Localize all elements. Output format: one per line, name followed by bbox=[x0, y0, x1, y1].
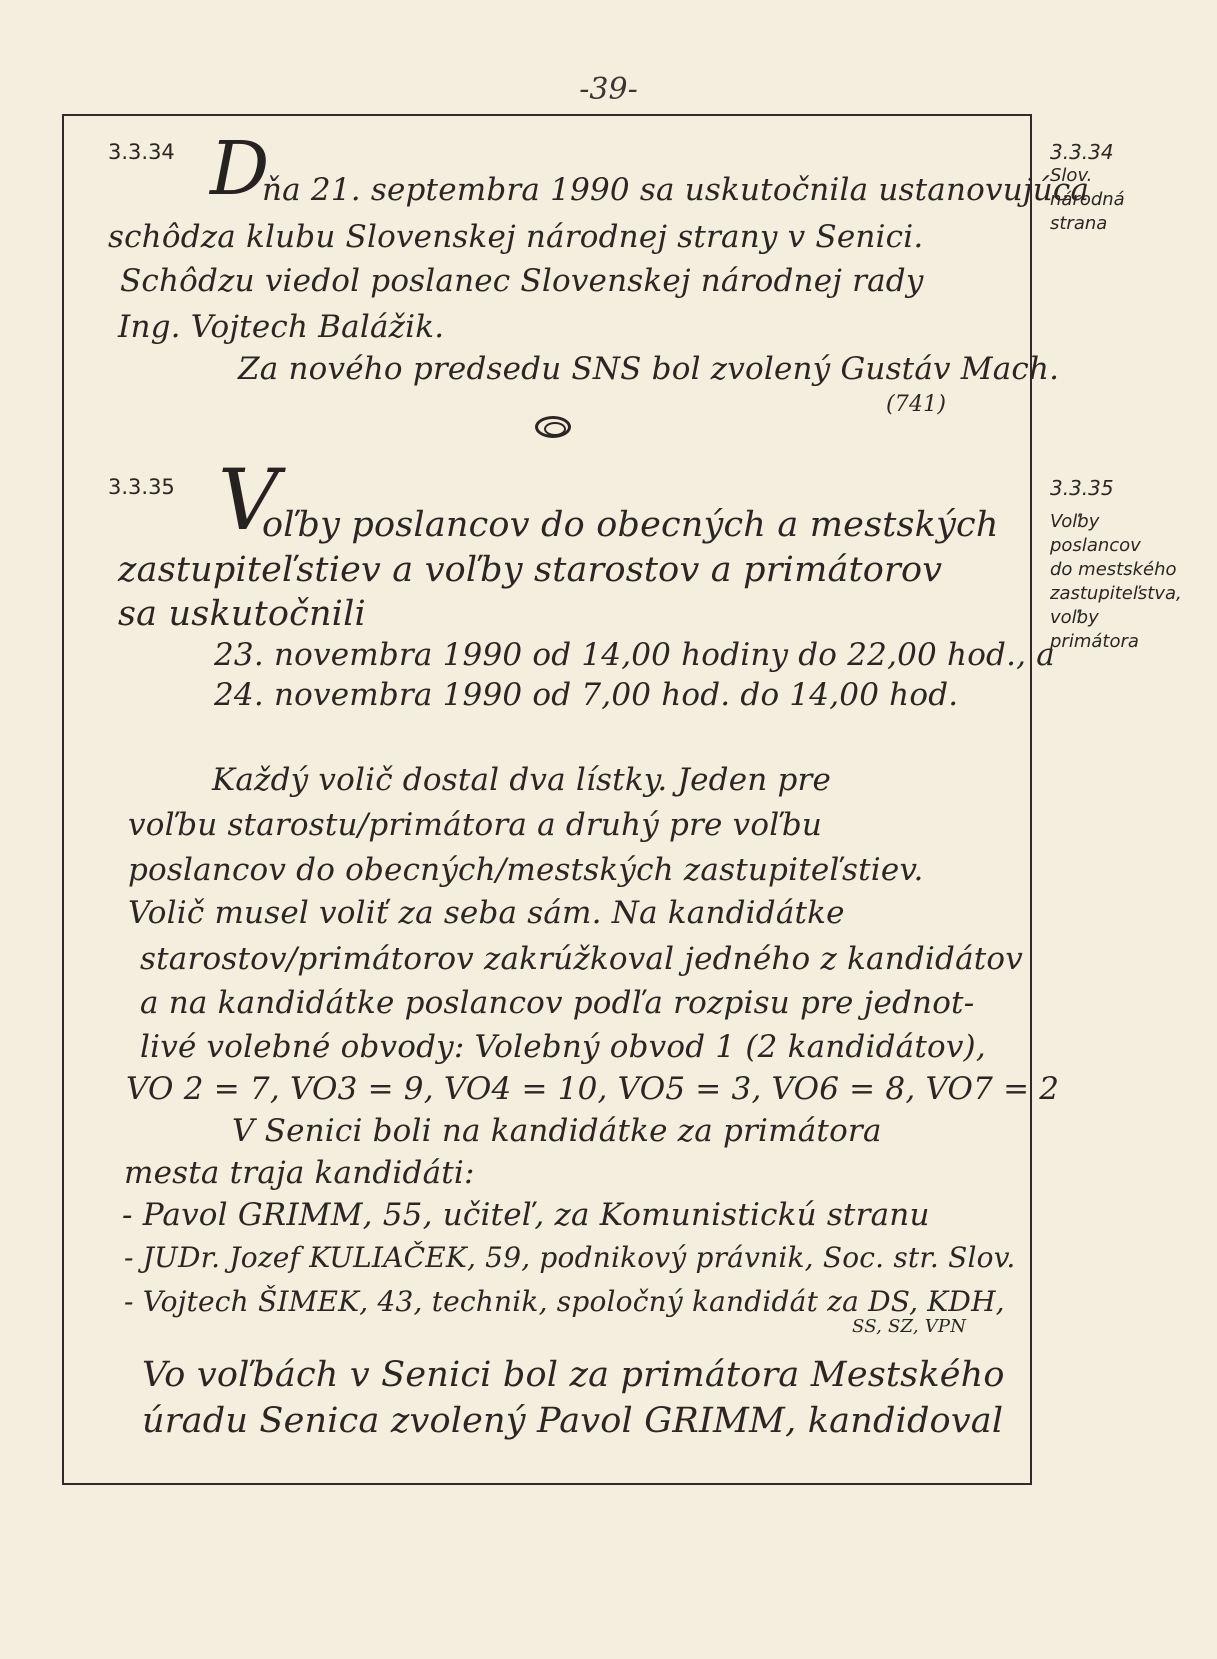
section-number: 3.3.34 bbox=[108, 140, 175, 164]
entry-line: - JUDr. Jozef KULIAČEK, 59, podnikový pr… bbox=[124, 1244, 1016, 1272]
margin-note-line: primátora bbox=[1050, 630, 1182, 654]
entry-line: - Vojtech ŠIMEK, 43, technik, spoločný k… bbox=[124, 1288, 1005, 1316]
entry-line: ňa 21. septembra 1990 sa uskutočnila ust… bbox=[262, 175, 1089, 206]
entry-line: poslancov do obecných/mestských zastupit… bbox=[128, 855, 924, 886]
margin-note-line: strana bbox=[1050, 212, 1125, 236]
entry-line: a na kandidátke poslancov podľa rozpisu … bbox=[140, 988, 974, 1019]
entry-line: Volič musel voliť za seba sám. Na kandid… bbox=[128, 898, 845, 929]
entry-line: Schôdzu viedol poslanec Slovenskej národ… bbox=[120, 266, 924, 297]
entry-line: mesta traja kandidáti: bbox=[124, 1158, 475, 1189]
entry-line: oľby poslancov do obecných a mestských bbox=[262, 508, 999, 543]
margin-note-line: Voľby bbox=[1050, 510, 1182, 534]
entry-line: 24. novembra 1990 od 7,00 hod. do 14,00 … bbox=[214, 680, 958, 711]
entry-line: zastupiteľstiev a voľby starostov a prim… bbox=[118, 553, 942, 588]
section-number: 3.3.35 bbox=[108, 475, 175, 499]
reference-number: (741) bbox=[886, 394, 946, 416]
margin-note-line: do mestského bbox=[1050, 558, 1182, 582]
spiral-divider-icon bbox=[535, 416, 571, 438]
margin-note-line: národná bbox=[1050, 188, 1125, 212]
entry-line: V Senici boli na kandidátke za primátora bbox=[232, 1116, 882, 1147]
entry-line: Za nového predsedu SNS bol zvolený Gustá… bbox=[238, 354, 1059, 385]
margin-note-line: 3.3.35 bbox=[1050, 476, 1182, 500]
entry-line: VO 2 = 7, VO3 = 9, VO4 = 10, VO5 = 3, VO… bbox=[126, 1074, 1059, 1105]
entry-line: - Pavol GRIMM, 55, učiteľ, za Komunistic… bbox=[122, 1200, 930, 1231]
margin-note-line: 3.3.34 bbox=[1050, 140, 1125, 164]
margin-note: 3.3.34 Slov. národná strana bbox=[1050, 140, 1125, 236]
entry-line: Ing. Vojtech Balážik. bbox=[118, 312, 444, 343]
margin-note: 3.3.35 Voľby poslancov do mestského zast… bbox=[1050, 476, 1182, 654]
entry-line: úradu Senica zvolený Pavol GRIMM, kandid… bbox=[142, 1404, 1003, 1439]
margin-note-line: voľby bbox=[1050, 606, 1182, 630]
entry-line: 23. novembra 1990 od 14,00 hodiny do 22,… bbox=[214, 640, 1055, 671]
entry-line: livé volebné obvody: Volebný obvod 1 (2 … bbox=[140, 1032, 986, 1063]
entry-line: voľbu starostu/primátora a druhý pre voľ… bbox=[128, 810, 822, 841]
entry-line: starostov/primátorov zakrúžkoval jedného… bbox=[140, 944, 1023, 975]
entry-line: sa uskutočnili bbox=[118, 597, 366, 632]
margin-note-line: poslancov bbox=[1050, 534, 1182, 558]
entry-line: Vo voľbách v Senici bol za primátora Mes… bbox=[142, 1358, 1005, 1393]
margin-note-line: Slov. bbox=[1050, 164, 1125, 188]
drop-cap: D bbox=[210, 132, 269, 206]
entry-line: schôdza klubu Slovenskej národnej strany… bbox=[108, 222, 923, 253]
page-number: -39- bbox=[0, 72, 1217, 107]
entry-line: SS, SZ, VPN bbox=[852, 1318, 966, 1336]
entry-line: Každý volič dostal dva lístky. Jeden pre bbox=[212, 765, 831, 796]
margin-note-line: zastupiteľstva, bbox=[1050, 582, 1182, 606]
